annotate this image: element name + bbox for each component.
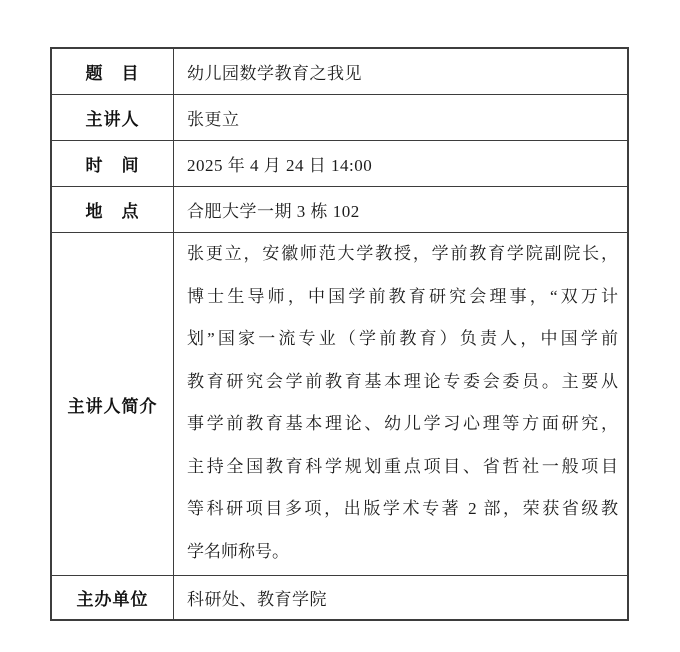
row-value-time: 2025 年 4 月 24 日 14:00 — [174, 141, 629, 187]
table-row-speaker: 主讲人 张更立 — [51, 95, 628, 141]
table-row-location: 地 点 合肥大学一期 3 栋 102 — [51, 187, 628, 233]
table-row-bio: 主讲人简介 张更立，安徽师范大学教授，学前教育学院副院长， 博士生导师，中国学前… — [51, 233, 628, 576]
document-page: 题 目 幼儿园数学教育之我见 主讲人 张更立 时 间 2025 年 4 月 24… — [0, 0, 680, 652]
bio-line: 划”国家一流专业（学前教育）负责人，中国学前 — [187, 318, 618, 361]
row-value-location: 合肥大学一期 3 栋 102 — [174, 187, 629, 233]
row-value-organizer: 科研处、教育学院 — [174, 576, 629, 621]
row-value-title: 幼儿园数学教育之我见 — [174, 48, 629, 95]
row-label-organizer: 主办单位 — [51, 576, 174, 621]
row-value-bio: 张更立，安徽师范大学教授，学前教育学院副院长， 博士生导师，中国学前教育研究会理… — [174, 233, 629, 576]
row-label-title: 题 目 — [51, 48, 174, 95]
bio-line: 学名师称号。 — [187, 531, 618, 574]
row-value-speaker: 张更立 — [174, 95, 629, 141]
bio-line: 主持全国教育科学规划重点项目、省哲社一般项目 — [187, 446, 618, 489]
row-label-time: 时 间 — [51, 141, 174, 187]
row-label-location: 地 点 — [51, 187, 174, 233]
row-label-speaker: 主讲人 — [51, 95, 174, 141]
table-row-title: 题 目 幼儿园数学教育之我见 — [51, 48, 628, 95]
bio-line: 事学前教育基本理论、幼儿学习心理等方面研究， — [187, 403, 618, 446]
bio-line: 张更立，安徽师范大学教授，学前教育学院副院长， — [187, 233, 618, 276]
row-label-bio: 主讲人简介 — [51, 233, 174, 576]
lecture-info-table: 题 目 幼儿园数学教育之我见 主讲人 张更立 时 间 2025 年 4 月 24… — [50, 47, 629, 621]
table-row-organizer: 主办单位 科研处、教育学院 — [51, 576, 628, 621]
table-row-time: 时 间 2025 年 4 月 24 日 14:00 — [51, 141, 628, 187]
bio-line: 等科研项目多项，出版学术专著 2 部，荣获省级教 — [187, 488, 618, 531]
bio-line: 教育研究会学前教育基本理论专委会委员。主要从 — [187, 361, 618, 404]
bio-line: 博士生导师，中国学前教育研究会理事，“双万计 — [187, 276, 618, 319]
